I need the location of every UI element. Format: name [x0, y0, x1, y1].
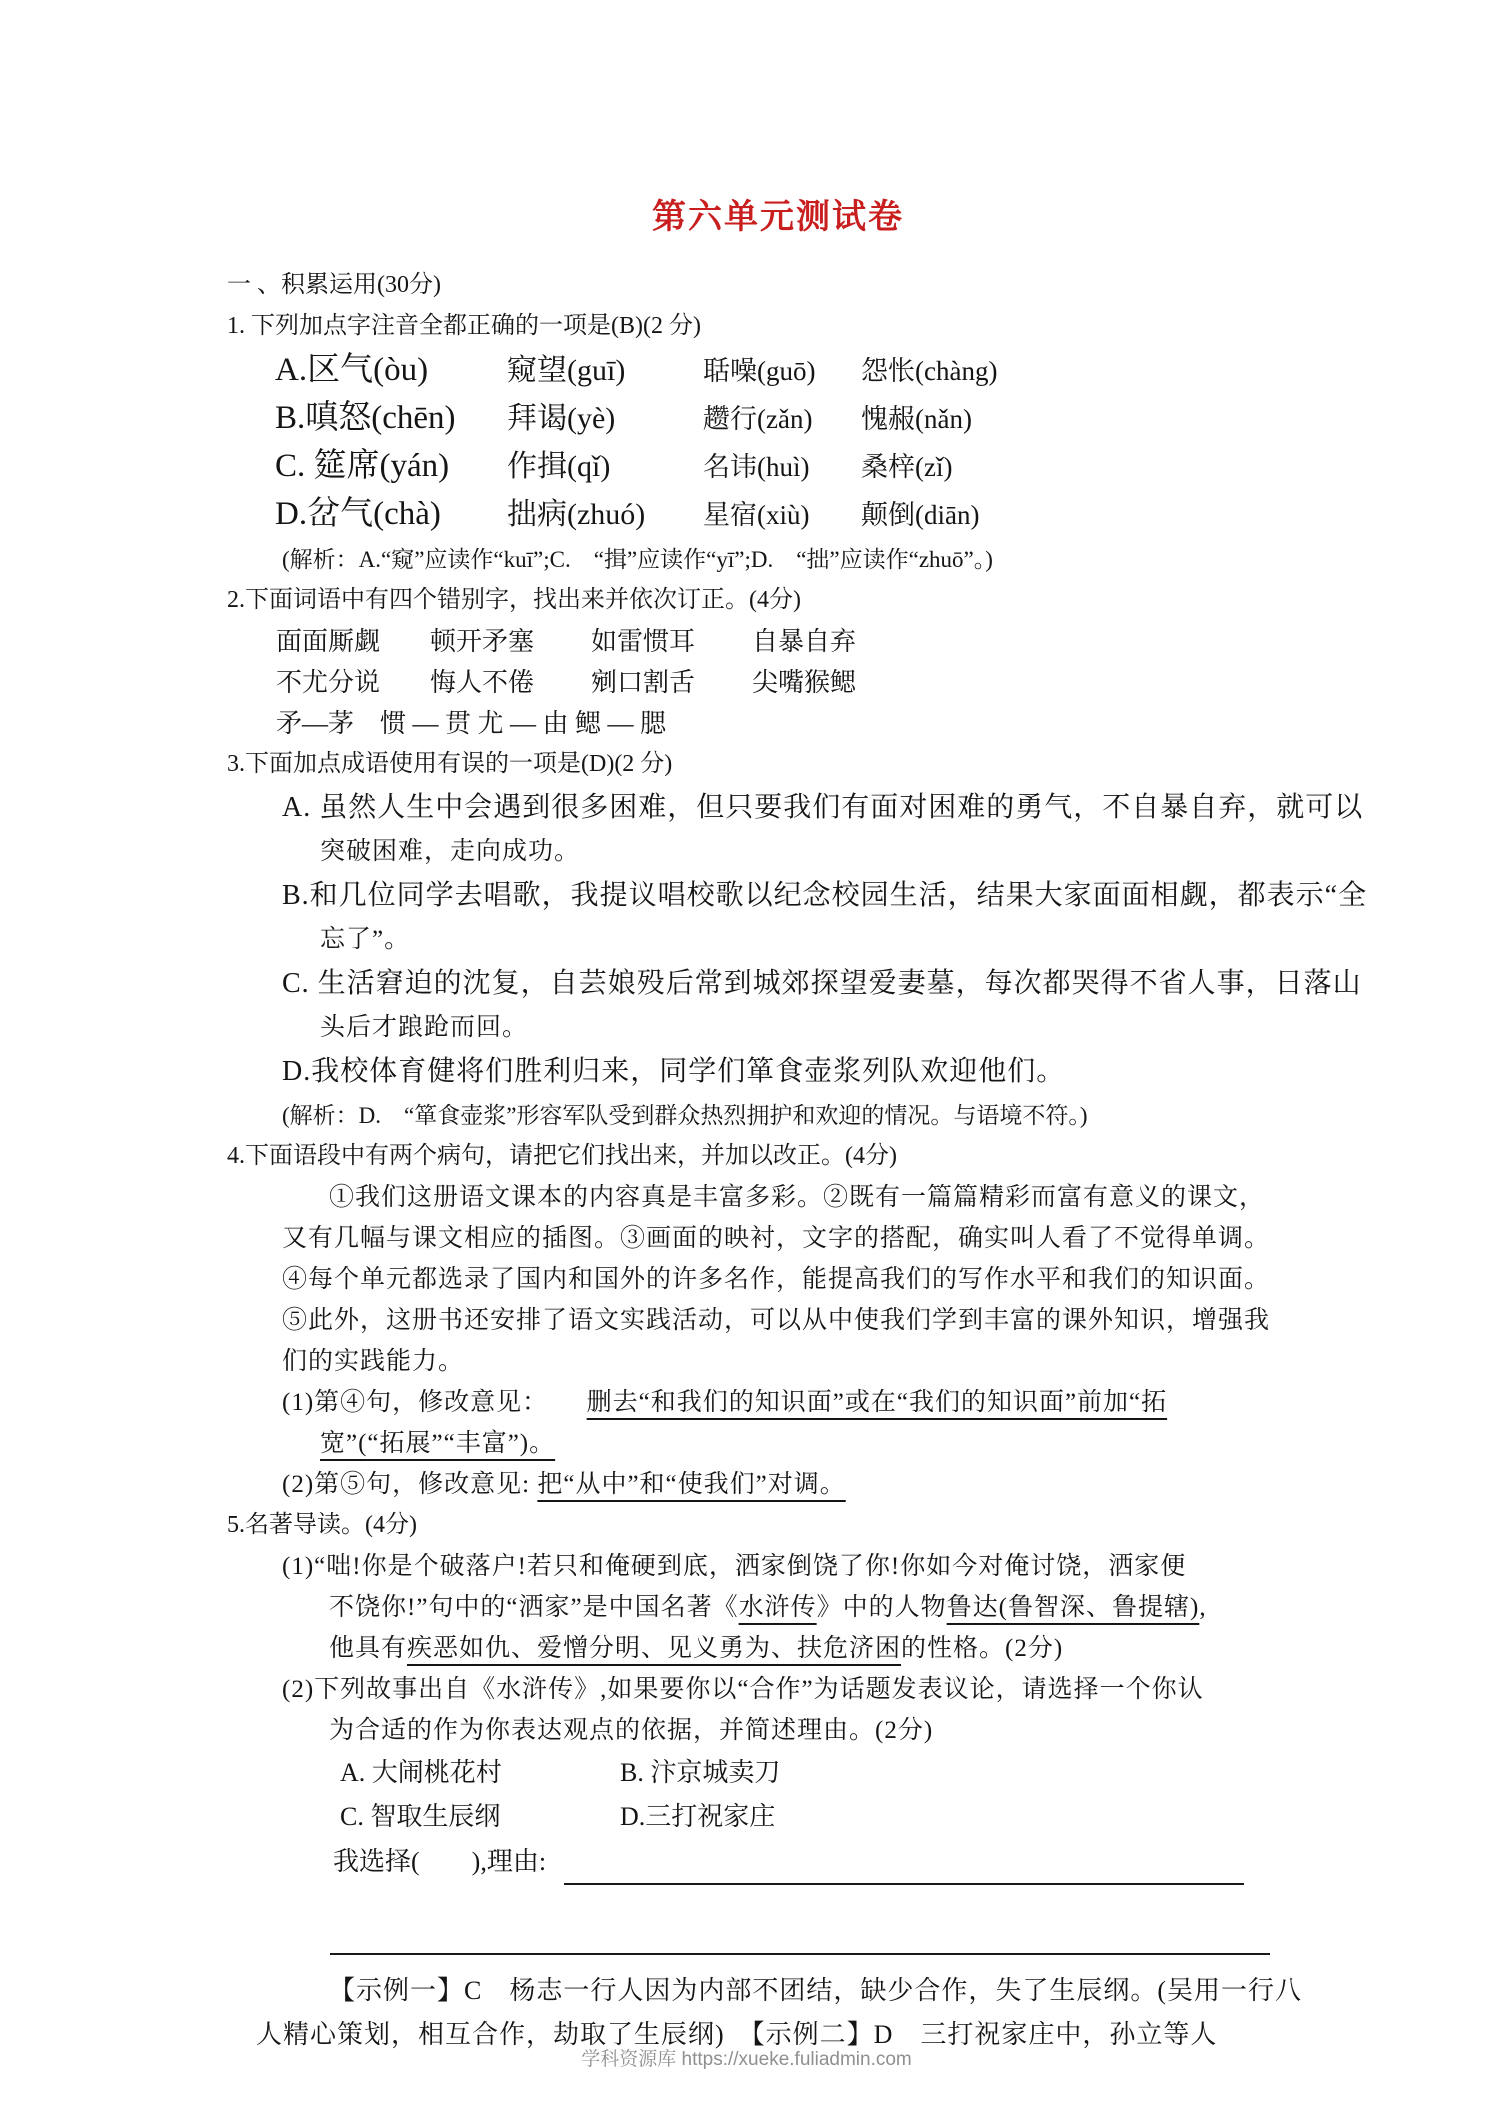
q1-b-word4: 愧赧(nǎn)	[861, 396, 972, 443]
answer-blank-line-2	[330, 1913, 1270, 1955]
page-footer: 学科资源库 https://xueke.fuliadmin.com	[0, 2044, 1493, 2071]
answer-blank-line-1	[564, 1849, 1244, 1885]
q1-d-word3: 星宿(xiù)	[703, 492, 861, 539]
q4-paragraph-line-1: ①我们这册语文课本的内容真是丰富多彩。②既有一篇篇精彩而富有意义的课文，	[227, 1177, 1387, 1218]
q1-a-word1: A.区气(òu)	[275, 347, 507, 394]
q3-option-d-line1: D.我校体育健将们胜利归来，同学们箪食壶浆列队欢迎他们。	[227, 1049, 1387, 1095]
test-paper-page: 第六单元测试卷 一 、积累运用(30分) 1. 下列加点字注音全都正确的一项是(…	[0, 0, 1493, 2112]
q3-option-b-line2: 忘了”。	[227, 919, 1387, 961]
q5-line3-text: 他具有	[329, 1635, 407, 1662]
q4-paragraph-line-4: ⑤此外，这册书还安排了语文实践活动，可以从中使我们学到丰富的课外知识，增强我	[227, 1300, 1387, 1341]
q4-paragraph-line-2: 又有几幅与课文相应的插图。③画面的映衬，文字的搭配，确实叫人看了不觉得单调。	[227, 1218, 1387, 1259]
q4-paragraph-line-3: ④每个单元都选录了国内和国外的许多名作，能提高我们的写作水平和我们的知识面。	[227, 1259, 1387, 1300]
character-name-underlined: 鲁达(鲁智深、鲁提辖)	[947, 1594, 1200, 1621]
q5-line2-text: ,	[1199, 1594, 1206, 1621]
q5-quote-line-2: 不饶你!”句中的“洒家”是中国名著《水浒传》中的人物鲁达(鲁智深、鲁提辖),	[227, 1587, 1387, 1628]
q1-c-word3: 名讳(huì)	[703, 444, 861, 491]
q5-part2-line-1: (2)下列故事出自《水浒传》,如果要你以“合作”为话题发表议论，请选择一个你认	[227, 1669, 1387, 1710]
q4-fix2-line: (2)第⑤句，修改意见: 把“从中”和“使我们”对调。	[227, 1464, 1387, 1505]
q2-word: 如雷惯耳	[591, 621, 752, 662]
q3-option-c-line2: 头后才踉跄而回。	[227, 1007, 1387, 1049]
q4-fix2-answer: 把“从中”和“使我们”对调。	[537, 1471, 845, 1498]
q1-option-row-d: D.岔气(chà) 拙病(zhuó) 星宿(xiù) 颠倒(diān)	[227, 491, 1387, 539]
q1-stem: 1. 下列加点字注音全都正确的一项是(B)(2 分)	[227, 306, 1387, 347]
q1-d-word2: 拙病(zhuó)	[507, 491, 703, 538]
q3-option-a-line2: 突破困难，走向成功。	[227, 831, 1387, 873]
q4-paragraph-line-5: 们的实践能力。	[227, 1341, 1387, 1382]
q2-word-row-2: 不尤分说 悔人不倦 剜口割舌 尖嘴猴鳃	[227, 662, 1387, 703]
q1-d-word4: 颠倒(diān)	[861, 492, 979, 539]
paper-content: 第六单元测试卷 一 、积累运用(30分) 1. 下列加点字注音全都正确的一项是(…	[227, 190, 1387, 2057]
q3-option-b-line1: B.和几位同学去唱歌，我提议唱校歌以纪念校园生活，结果大家面面相觑，都表示“全	[227, 873, 1387, 919]
q1-option-row-c: C. 筵席(yán) 作揖(qǐ) 名讳(huì) 桑梓(zǐ)	[227, 443, 1387, 491]
page-title: 第六单元测试卷	[652, 190, 1387, 245]
q1-c-word1: C. 筵席(yán)	[275, 443, 507, 490]
q5-example-line-1: 【示例一】C 杨志一行人因为内部不团结，缺少合作，失了生辰纲。(吴用一行八	[227, 1969, 1387, 2013]
q1-analysis: (解析：A.“窥”应读作“kuī”;C. “揖”应读作“yī”;D. “拙”应读…	[227, 539, 1387, 580]
character-traits-underlined: 疾恶如仇、爱憎分明、见义勇为、扶危济困	[407, 1635, 901, 1662]
q5-options-row-1: A. 大闹桃花村 B. 汴京城卖刀	[227, 1751, 1387, 1795]
q4-fix1-label: (1)第④句，修改意见：	[282, 1389, 548, 1416]
q1-b-word3: 趱行(zǎn)	[703, 396, 861, 443]
q3-analysis: (解析：D. “箪食壶浆”形容军队受到群众热烈拥护和欢迎的情况。与语境不符。)	[227, 1095, 1387, 1136]
q1-option-row-a: A.区气(òu) 窥望(guī) 聒噪(guō) 怨怅(chàng)	[227, 347, 1387, 395]
q4-fix1-answer-part1: 删去“和我们的知识面”或在“我们的知识面”前加“拓	[587, 1389, 1167, 1416]
q5-choice-label: 我选择( ),理由:	[333, 1839, 546, 1885]
q2-word: 不尤分说	[276, 662, 430, 703]
q1-d-word1: D.岔气(chà)	[275, 491, 507, 538]
q2-word: 顿开矛塞	[430, 621, 591, 662]
q1-a-word3: 聒噪(guō)	[703, 348, 861, 395]
q5-line3-text: 的性格。(2分)	[901, 1635, 1063, 1662]
q1-b-word1: B.嗔怒(chēn)	[275, 395, 507, 442]
q1-c-word2: 作揖(qǐ)	[507, 443, 703, 490]
q5-part2-line-2: 为合适的作为你表达观点的依据，并简述理由。(2分)	[227, 1710, 1387, 1751]
q3-option-c-line1: C. 生活窘迫的沈复，自芸娘殁后常到城郊探望爱妻墓，每次都哭得不省人事，日落山	[227, 961, 1387, 1007]
q1-b-word2: 拜谒(yè)	[507, 395, 703, 442]
q2-correction-line: 矛—茅 惯 — 贯 尤 — 由 鳃 — 腮	[227, 703, 1387, 744]
q3-stem: 3.下面加点成语使用有误的一项是(D)(2 分)	[227, 744, 1387, 785]
q2-word: 面面厮觑	[276, 621, 430, 662]
q5-quote-line-3: 他具有疾恶如仇、爱憎分明、见义勇为、扶危济困的性格。(2分)	[227, 1628, 1387, 1669]
q2-correction: 矛—茅 惯 — 贯 尤 — 由 鳃 — 腮	[276, 703, 666, 744]
q5-options-row-2: C. 智取生辰纲 D.三打祝家庄	[227, 1795, 1387, 1839]
q5-option-a: A. 大闹桃花村	[340, 1751, 620, 1795]
q5-option-c: C. 智取生辰纲	[340, 1795, 620, 1839]
q5-stem: 5.名著导读。(4分)	[227, 1505, 1387, 1546]
q2-word: 尖嘴猴鳃	[752, 662, 913, 703]
q2-word: 剜口割舌	[591, 662, 752, 703]
q5-option-b: B. 汴京城卖刀	[620, 1751, 780, 1795]
q4-fix1-line1: (1)第④句，修改意见： 删去“和我们的知识面”或在“我们的知识面”前加“拓	[227, 1382, 1387, 1423]
q5-choice-line: 我选择( ),理由:	[227, 1839, 1387, 1885]
q4-fix2-label: (2)第⑤句，修改意见:	[282, 1471, 530, 1498]
q2-word: 悔人不倦	[430, 662, 591, 703]
q4-stem: 4.下面语段中有两个病句，请把它们找出来，并加以改正。(4分)	[227, 1136, 1387, 1177]
q3-option-a-line1: A. 虽然人生中会遇到很多困难，但只要我们有面对困难的勇气，不自暴自弃，就可以	[227, 785, 1387, 831]
q4-fix1-answer-part2: 宽”(“拓展”“丰富”)。	[320, 1430, 555, 1457]
q5-line2-text: 不饶你!”句中的“洒家”是中国名著《	[329, 1594, 739, 1621]
q2-stem: 2.下面词语中有四个错别字，找出来并依次订正。(4分)	[227, 580, 1387, 621]
q1-a-word2: 窥望(guī)	[507, 347, 703, 394]
q5-line2-text: 》中的人物	[817, 1594, 947, 1621]
q2-word: 自暴自弃	[752, 621, 913, 662]
q5-option-d: D.三打祝家庄	[620, 1795, 775, 1839]
q1-option-row-b: B.嗔怒(chēn) 拜谒(yè) 趱行(zǎn) 愧赧(nǎn)	[227, 395, 1387, 443]
q1-c-word4: 桑梓(zǐ)	[861, 444, 952, 491]
q1-a-word4: 怨怅(chàng)	[861, 348, 997, 395]
book-title-underlined: 水浒传	[739, 1594, 817, 1621]
q4-fix1-line2: 宽”(“拓展”“丰富”)。	[227, 1423, 1387, 1464]
q5-quote-line-1: (1)“咄!你是个破落户!若只和俺硬到底，洒家倒饶了你!你如今对俺讨饶，洒家便	[227, 1546, 1387, 1587]
section-heading: 一 、积累运用(30分)	[227, 265, 1387, 306]
q2-word-row-1: 面面厮觑 顿开矛塞 如雷惯耳 自暴自弃	[227, 621, 1387, 662]
